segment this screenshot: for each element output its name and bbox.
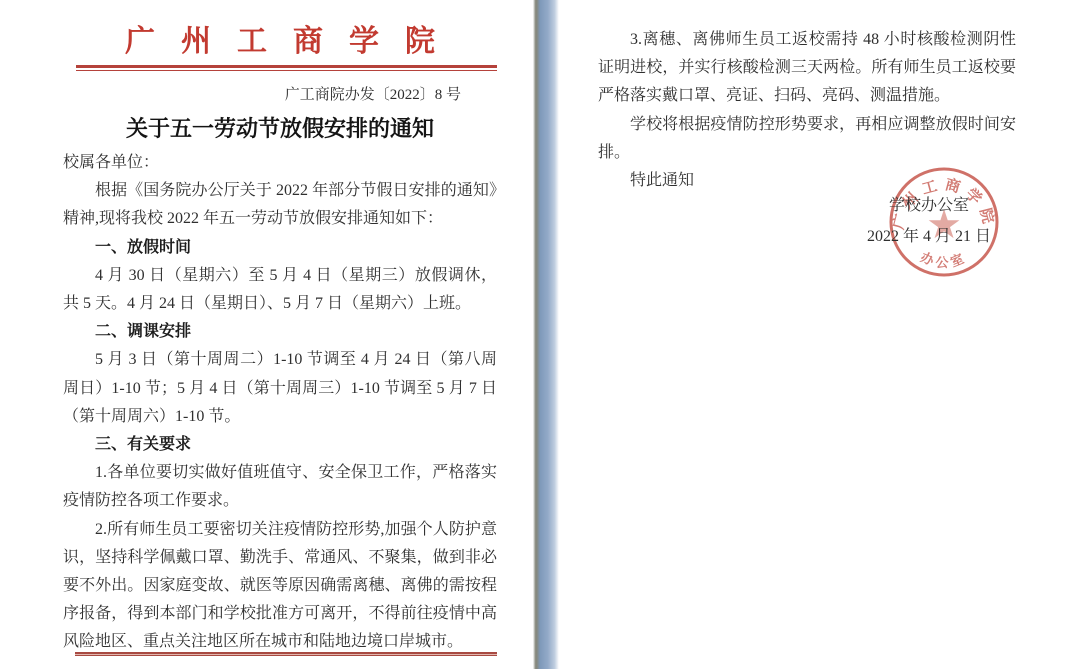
seal-bottom-text: 办公室 bbox=[918, 249, 969, 270]
section-heading-1: 一、放假时间 bbox=[63, 234, 497, 262]
signature-block: 学校办公室 2022 年 4 月 21 日 bbox=[867, 190, 991, 252]
header-divider-rule bbox=[76, 65, 497, 71]
holiday-paragraph: 4 月 30 日（星期六）至 5 月 4 日（星期三）放假调休，共 5 天。4 … bbox=[63, 262, 497, 318]
doc-number: 广工商院办发〔2022〕8 号 bbox=[63, 83, 497, 104]
signature-date: 2022 年 4 月 21 日 bbox=[867, 221, 991, 252]
org-title: 广州工商学院 bbox=[63, 16, 497, 60]
signature-office: 学校办公室 bbox=[867, 190, 991, 221]
requirement-3-paragraph: 3.离穗、离佛师生员工返校需持 48 小时核酸检测阴性证明进校，并实行核酸检测三… bbox=[598, 26, 1016, 111]
requirement-1-paragraph: 1.各单位要切实做好值班值守、安全保卫工作，严格落实疫情防控各项工作要求。 bbox=[63, 459, 497, 515]
class-adjust-paragraph: 5 月 3 日（第十周周二）1-10 节调至 4 月 24 日（第八周周日）1-… bbox=[63, 346, 497, 431]
page-1: 广州工商学院 广工商院办发〔2022〕8 号 关于五一劳动节放假安排的通知 校属… bbox=[0, 0, 536, 669]
footer-divider-rule bbox=[75, 652, 497, 656]
page-1-body: 校属各单位： 根据《国务院办公厅关于 2022 年部分节假日安排的通知》精神,现… bbox=[63, 149, 497, 657]
page-spine-divider bbox=[533, 0, 560, 669]
page-2: 3.离穗、离佛师生员工返校需持 48 小时核酸检测阴性证明进校，并实行核酸检测三… bbox=[560, 0, 1080, 669]
page-2-body: 3.离穗、离佛师生员工返校需持 48 小时核酸检测阴性证明进校，并实行核酸检测三… bbox=[560, 0, 1080, 195]
intro-paragraph: 根据《国务院办公厅关于 2022 年部分节假日安排的通知》精神,现将我校 202… bbox=[63, 177, 497, 233]
requirement-2-paragraph: 2.所有师生员工要密切关注疫情防控形势,加强个人防护意识，坚持科学佩戴口罩、勤洗… bbox=[63, 516, 497, 657]
section-heading-3: 三、有关要求 bbox=[63, 431, 497, 459]
adjustment-paragraph: 学校将根据疫情防控形势要求，再相应调整放假时间安排。 bbox=[598, 111, 1016, 167]
section-heading-2: 二、调课安排 bbox=[63, 318, 497, 346]
scanned-notice-document: 广州工商学院 广工商院办发〔2022〕8 号 关于五一劳动节放假安排的通知 校属… bbox=[0, 0, 1080, 669]
salutation: 校属各单位： bbox=[63, 149, 497, 177]
document-title: 关于五一劳动节放假安排的通知 bbox=[63, 112, 497, 143]
